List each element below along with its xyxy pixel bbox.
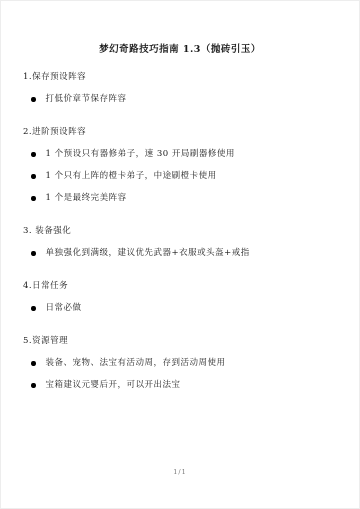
section-save-preset: 1.保存预设阵容 打低价章节保存阵容 <box>23 66 337 110</box>
bullet-icon <box>31 383 36 388</box>
bullet-icon <box>31 306 36 311</box>
page-number: 1/1 <box>1 468 359 476</box>
section-heading: 1.保存预设阵容 <box>23 66 337 88</box>
list-item-text: 1 个只有上阵的橙卡弟子，中途刷橙卡使用 <box>46 165 217 187</box>
page-title: 梦幻奇路技巧指南 1.3（抛砖引玉） <box>23 43 337 57</box>
list-item: 打低价章节保存阵容 <box>23 88 337 110</box>
list-item-text: 1 个预设只有器修弟子，速 30 开局刷器修使用 <box>46 143 235 165</box>
section-resource-management: 5.资源管理 装备、宠物、法宝有活动周，存到活动周使用 宝箱建议元婴后开，可以开… <box>23 330 337 396</box>
section-advanced-preset: 2.进阶预设阵容 1 个预设只有器修弟子，速 30 开局刷器修使用 1 个只有上… <box>23 121 337 209</box>
list-item: 1 个只有上阵的橙卡弟子，中途刷橙卡使用 <box>23 165 337 187</box>
list-item: 单独强化到满级，建议优先武器+衣服或头盔+戒指 <box>23 242 337 264</box>
list-item-text: 装备、宠物、法宝有活动周，存到活动周使用 <box>46 352 226 374</box>
bullet-icon <box>31 251 36 256</box>
bullet-icon <box>31 196 36 201</box>
list-item-text: 日常必做 <box>46 297 82 319</box>
list-item-text: 宝箱建议元婴后开，可以开出法宝 <box>46 374 181 396</box>
bullet-icon <box>31 97 36 102</box>
list-item: 日常必做 <box>23 297 337 319</box>
section-heading: 4.日常任务 <box>23 275 337 297</box>
list-item: 1 个是最终完美阵容 <box>23 187 337 209</box>
section-heading: 2.进阶预设阵容 <box>23 121 337 143</box>
list-item-text: 打低价章节保存阵容 <box>46 88 127 110</box>
list-item-text: 1 个是最终完美阵容 <box>46 187 127 209</box>
list-item: 装备、宠物、法宝有活动周，存到活动周使用 <box>23 352 337 374</box>
bullet-icon <box>31 174 36 179</box>
list-item: 1 个预设只有器修弟子，速 30 开局刷器修使用 <box>23 143 337 165</box>
list-item: 宝箱建议元婴后开，可以开出法宝 <box>23 374 337 396</box>
bullet-icon <box>31 361 36 366</box>
document-page: 梦幻奇路技巧指南 1.3（抛砖引玉） 1.保存预设阵容 打低价章节保存阵容 2.… <box>0 0 360 509</box>
section-heading: 5.资源管理 <box>23 330 337 352</box>
section-equipment-enhance: 3. 装备强化 单独强化到满级，建议优先武器+衣服或头盔+戒指 <box>23 220 337 264</box>
list-item-text: 单独强化到满级，建议优先武器+衣服或头盔+戒指 <box>46 242 250 264</box>
section-heading: 3. 装备强化 <box>23 220 337 242</box>
section-daily-tasks: 4.日常任务 日常必做 <box>23 275 337 319</box>
bullet-icon <box>31 152 36 157</box>
